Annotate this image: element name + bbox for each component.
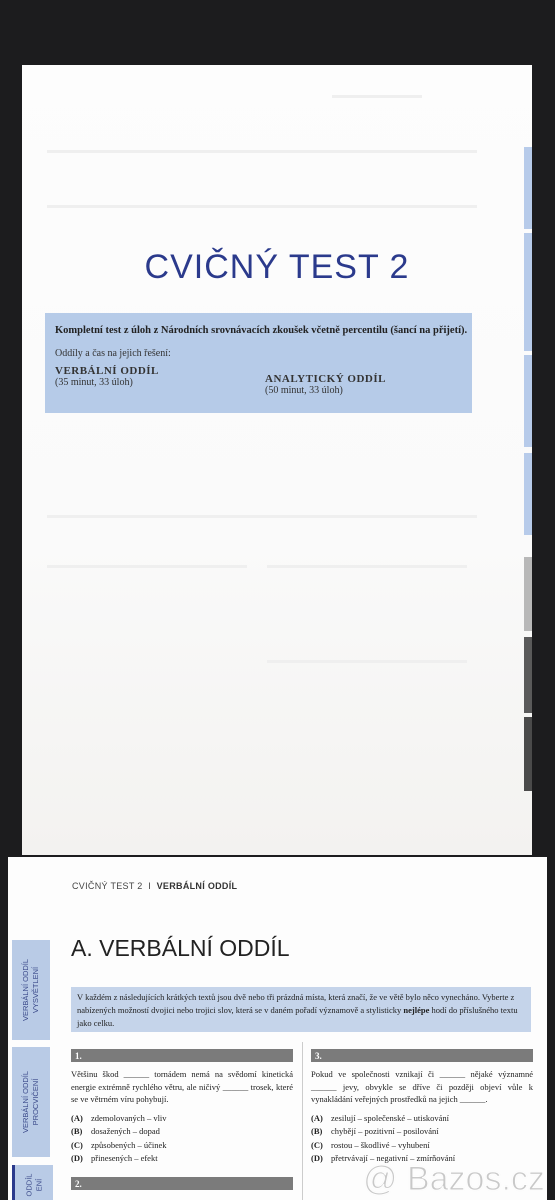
question-stem: Většinu škod ______ tornádem nemá na svě… <box>71 1068 293 1106</box>
question-3: 3. Pokud ve společnosti vznikají či ____… <box>311 1049 533 1166</box>
question-number: 2. <box>71 1177 293 1190</box>
index-tab <box>524 557 532 631</box>
page-2: CVIČNÝ TEST 2 I VERBÁLNÍ ODDÍL A. VERBÁL… <box>8 857 547 1200</box>
option-c[interactable]: (C)způsobených – účinek <box>71 1139 293 1152</box>
option-d[interactable]: (D)přinesených – efekt <box>71 1152 293 1165</box>
faded-text <box>47 515 477 518</box>
question-number: 3. <box>311 1049 533 1062</box>
index-tab <box>524 355 532 447</box>
section-verbal: VERBÁLNÍ ODDÍL (35 minut, 33 úloh) <box>55 365 159 388</box>
faded-text <box>47 565 247 568</box>
option-a[interactable]: (A)zesilují – společenské – utiskování <box>311 1112 533 1125</box>
option-a[interactable]: (A)zdemolovaných – vliv <box>71 1112 293 1125</box>
question-1: 1. Většinu škod ______ tornádem nemá na … <box>71 1049 293 1166</box>
column-divider <box>302 1042 303 1200</box>
info-headline: Kompletní test z úloh z Národních srovná… <box>55 325 467 336</box>
section-name: VERBÁLNÍ ODDÍL <box>55 365 159 377</box>
question-2: 2. <box>71 1177 293 1196</box>
section-detail: (35 minut, 33 úloh) <box>55 377 133 388</box>
page-1: CVIČNÝ TEST 2 Kompletní test z úloh z Ná… <box>22 65 532 855</box>
section-title: A. VERBÁLNÍ ODDÍL <box>71 935 290 962</box>
index-tab <box>524 233 532 351</box>
thumb-index-tabs <box>522 65 532 855</box>
watermark: @ Bazos.cz <box>363 1160 545 1199</box>
side-tab-verbal-test: ODDÍLENÍ <box>12 1165 53 1200</box>
faded-text <box>332 95 422 98</box>
index-tab <box>524 453 532 535</box>
index-tab <box>524 717 532 791</box>
side-tab-verbal-practice: VERBÁLNÍ ODDÍLPROCVIČENÍ <box>12 1047 50 1157</box>
test-info-box: Kompletní test z úloh z Národních srovná… <box>45 313 472 413</box>
faded-text <box>47 150 477 153</box>
option-b[interactable]: (B)dosažených – dopad <box>71 1125 293 1138</box>
info-subtitle: Oddíly a čas na jejich řešení: <box>55 348 171 359</box>
section-analytic: ANALYTICKÝ ODDÍL (50 minut, 33 úloh) <box>265 373 386 396</box>
option-b[interactable]: (B)chybějí – pozitivní – posilování <box>311 1125 533 1138</box>
instructions-box: V každém z následujících krátkých textů … <box>71 987 531 1032</box>
side-tab-verbal-explanation: VERBÁLNÍ ODDÍLVYSVĚTLENÍ <box>12 940 50 1040</box>
question-stem: Pokud ve společnosti vznikají či ______ … <box>311 1068 533 1106</box>
faded-text <box>267 660 467 663</box>
faded-text <box>47 205 477 208</box>
index-tab <box>524 147 532 229</box>
test-title: CVIČNÝ TEST 2 <box>22 248 532 287</box>
faded-text <box>267 565 467 568</box>
option-c[interactable]: (C)rostou – škodlivé – vyhubení <box>311 1139 533 1152</box>
section-name: ANALYTICKÝ ODDÍL <box>265 373 386 385</box>
index-tab <box>524 637 532 713</box>
section-detail: (50 minut, 33 úloh) <box>265 385 343 396</box>
running-head: CVIČNÝ TEST 2 I VERBÁLNÍ ODDÍL <box>72 881 237 891</box>
question-number: 1. <box>71 1049 293 1062</box>
